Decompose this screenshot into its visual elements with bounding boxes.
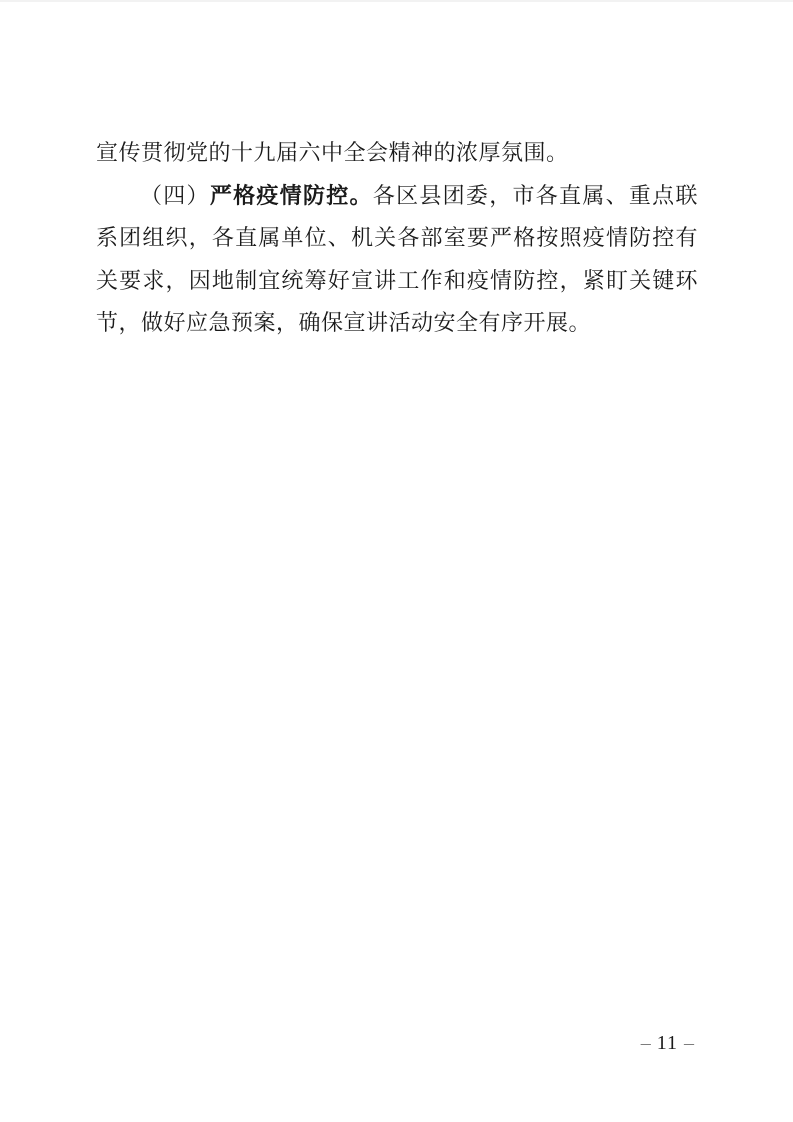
item-heading-bold: 严格疫情防控。 [210, 183, 373, 208]
page-number-dash-left: – [635, 1032, 657, 1054]
page-number-footer: –11– [635, 1031, 700, 1055]
document-page: 宣传贯彻党的十九届六中全会精神的浓厚氛围。 （四）严格疫情防控。各区县团委，市各… [0, 0, 793, 1122]
item-number-prefix: （四） [140, 183, 210, 208]
page-number: 11 [657, 1032, 678, 1054]
scan-artifact-line [0, 0, 793, 2]
paragraph-continuation: 宣传贯彻党的十九届六中全会精神的浓厚氛围。 [96, 132, 698, 175]
document-text-block: 宣传贯彻党的十九届六中全会精神的浓厚氛围。 （四）严格疫情防控。各区县团委，市各… [96, 132, 698, 345]
page-number-dash-right: – [678, 1032, 700, 1054]
paragraph-item-four: （四）严格疫情防控。各区县团委，市各直属、重点联系团组织，各直属单位、机关各部室… [96, 175, 698, 345]
